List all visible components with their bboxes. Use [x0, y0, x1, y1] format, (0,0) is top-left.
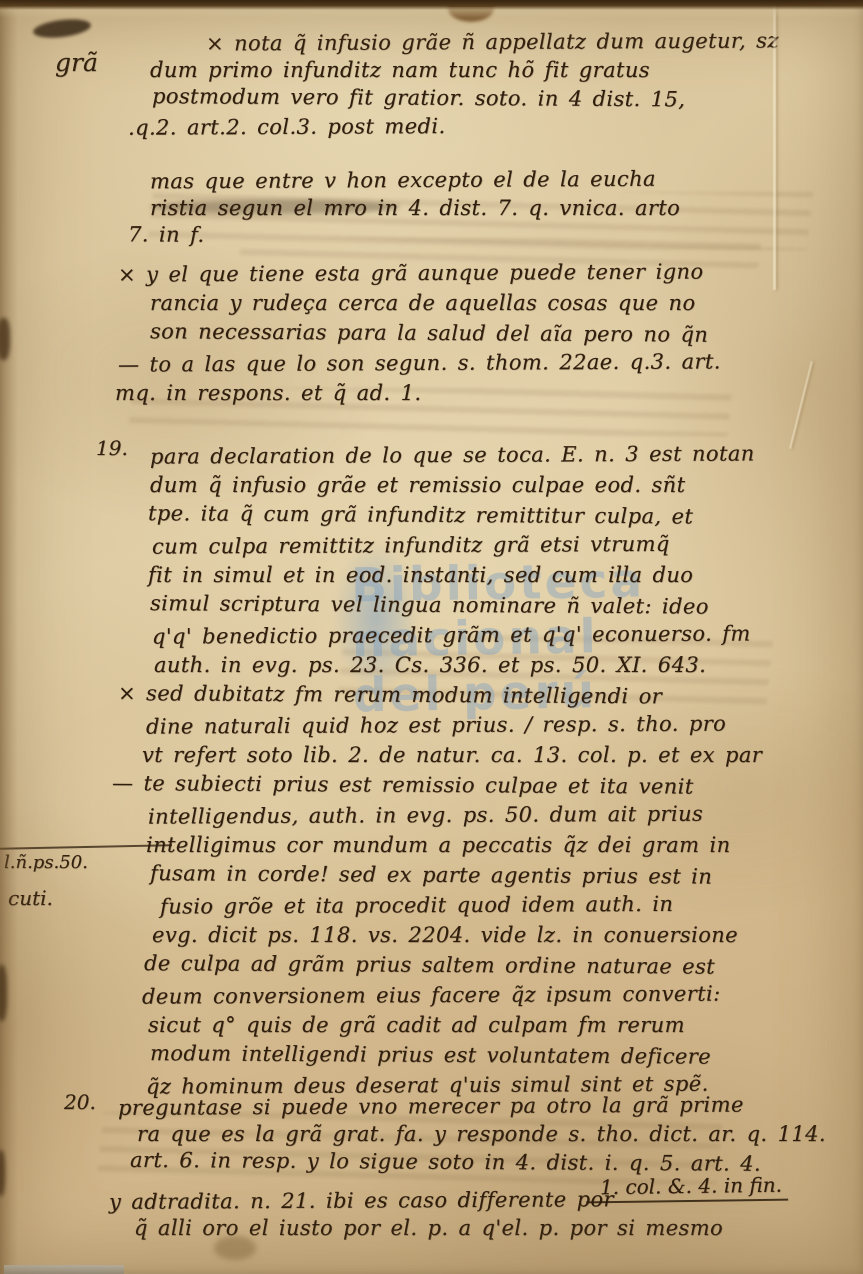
- margin-note-gratia: grã: [55, 48, 98, 77]
- manuscript-line: postmodum vero fit gratior. soto. in 4 d…: [152, 82, 779, 114]
- manuscript-line: × y el que tiene esta grã aunque puede t…: [118, 256, 721, 289]
- manuscript-line: para declaration de lo que se toca. E. n…: [150, 438, 762, 471]
- manuscript-line: dine naturali quid hoz est prius. / resp…: [146, 708, 762, 741]
- manuscript-line: deum conversionem eius facere q̃z ipsum …: [142, 978, 762, 1011]
- manuscript-line: mas que entre v hon excepto el de la euc…: [150, 165, 680, 196]
- manuscript-line: auth. in evg. ps. 23. Cs. 336. et ps. 50…: [154, 650, 762, 680]
- manuscript-line: simul scriptura vel lingua nominare ñ va…: [150, 588, 762, 622]
- manuscript-line: modum intelligendi prius est voluntatem …: [150, 1038, 762, 1072]
- manuscript-line: mq. in respons. et q̃ ad. 1.: [115, 378, 721, 408]
- manuscript-line: tpe. ita q̃ cum grã infunditz remittitur…: [148, 498, 762, 532]
- manuscript-line: intelligimus cor mundum a peccatis q̃z d…: [146, 830, 762, 860]
- manuscript-line: .q.2. art.2. col.3. post medi.: [128, 110, 779, 141]
- manuscript-line: — to a las que lo son segun. s. thom. 22…: [118, 346, 721, 379]
- manuscript-line: preguntase si puede vno merecer pa otro …: [118, 1090, 826, 1122]
- page-edge-mark: [0, 965, 7, 1021]
- scan-background-strip: [4, 1265, 124, 1274]
- manuscript-line: fit in simul et in eod. instanti, sed cu…: [148, 560, 762, 590]
- manuscript-line: intelligendus, auth. in evg. ps. 50. dum…: [148, 798, 762, 831]
- manuscript-line: q'q' benedictio praecedit grãm et q'q' e…: [152, 618, 762, 651]
- manuscript-line: de culpa ad grãm prius saltem ordine nat…: [144, 948, 762, 982]
- page-top-edge: [0, 0, 863, 10]
- manuscript-line: evg. dicit ps. 118. vs. 2204. vide lz. i…: [152, 920, 762, 950]
- margin-paragraph-number-19: 19.: [96, 436, 128, 460]
- manuscript-line: dum q̃ infusio grãe et remissio culpae e…: [150, 470, 762, 500]
- manuscript-line: cum culpa remittitz infunditz grã etsi v…: [152, 528, 762, 561]
- text-block-latin-note: × nota q̃ infusio grãe ñ appellatz dum a…: [128, 28, 779, 140]
- page-edge-mark: [0, 318, 10, 360]
- manuscript-line: — te subiecti prius est remissio culpae …: [112, 768, 762, 802]
- manuscript-line: × sed dubitatz fm rerum modum intelligen…: [118, 678, 762, 712]
- manuscript-line: rancia y rudeça cerca de aquellas cosas …: [150, 288, 721, 318]
- manuscript-line: fusam in corde! sed ex parte agentis pri…: [150, 858, 762, 892]
- manuscript-line: vt refert soto lib. 2. de natur. ca. 13.…: [142, 740, 762, 770]
- text-block-spanish-grace: × y el que tiene esta grã aunque puede t…: [115, 258, 721, 408]
- manuscript-line: sicut q° quis de grã cadit ad culpam fm …: [148, 1010, 762, 1040]
- margin-paragraph-number-20: 20.: [64, 1090, 96, 1114]
- manuscript-line: son necessarias para la salud del aĩa pe…: [150, 316, 721, 349]
- stain: [214, 1236, 256, 1260]
- manuscript-line: 7. in f.: [128, 220, 680, 251]
- manuscript-line: fusio grõe et ita procedit quod idem aut…: [160, 888, 762, 921]
- interlinear-insertion: 1. col. &. 4. in fin.: [586, 1173, 788, 1204]
- paper-crease: [773, 0, 776, 290]
- manuscript-line: × nota q̃ infusio grãe ñ appellatz dum a…: [206, 27, 779, 58]
- page-gutter-shadow: [0, 0, 18, 1274]
- manuscript-line: dum primo infunditz nam tunc hõ fit grat…: [150, 56, 779, 84]
- text-block-paragraph-20: preguntase si puede vno merecer pa otro …: [118, 1092, 826, 1242]
- manuscript-line: ra que es la grã grat. fa. y responde s.…: [137, 1120, 826, 1148]
- ink-smudge: [150, 200, 400, 214]
- text-block-paragraph-19: para declaration de lo que se toca. E. n…: [140, 440, 762, 1100]
- manuscript-page: Biblioteca nacional del perú grã 19. l.ñ…: [0, 0, 863, 1274]
